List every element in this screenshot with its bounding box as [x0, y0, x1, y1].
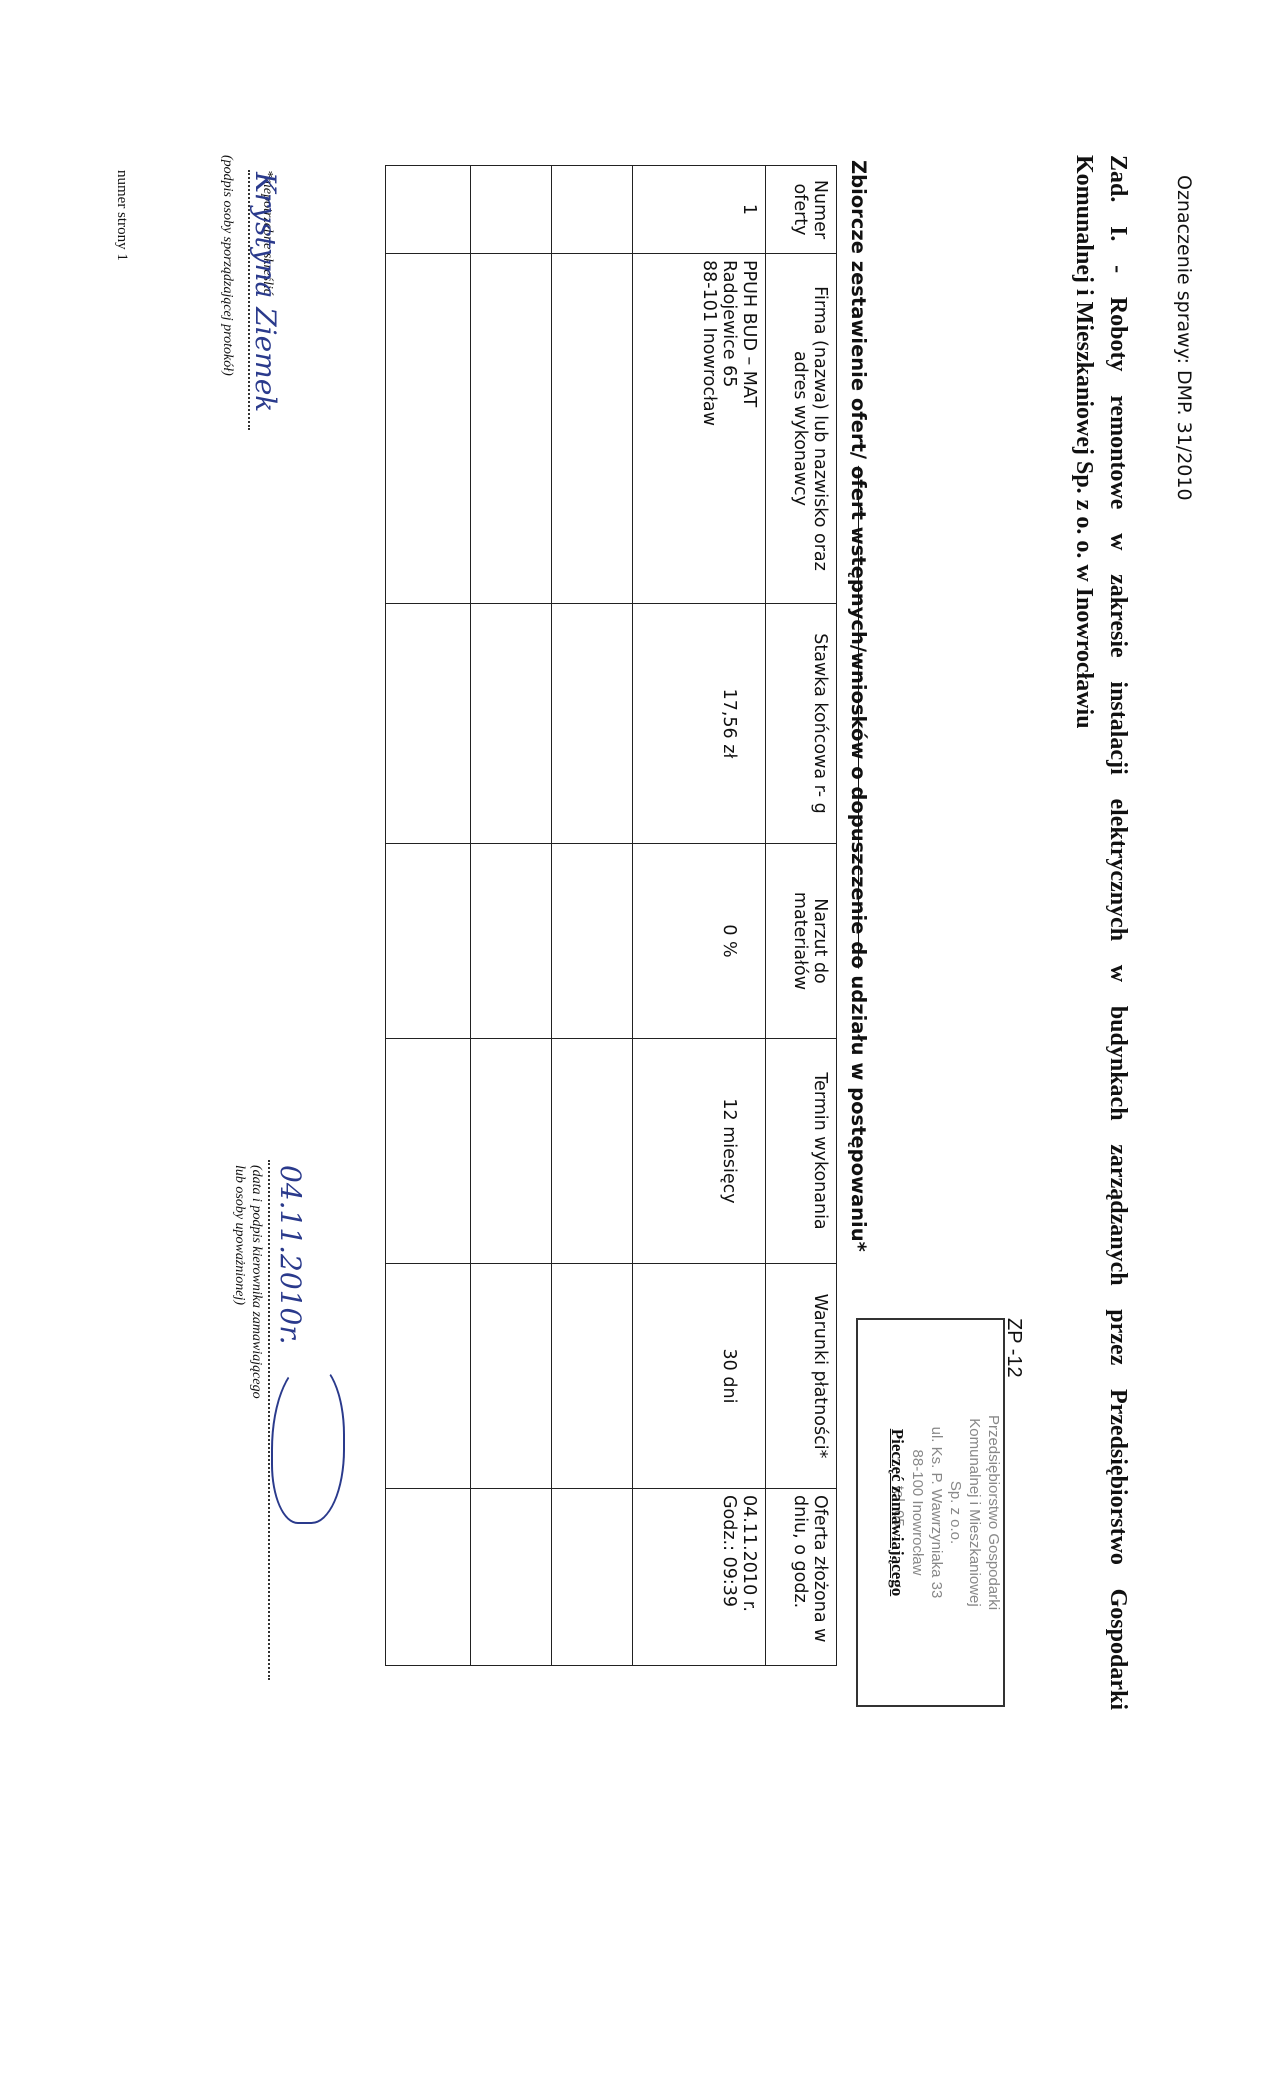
stamp-line: ul. Ks. P. Wawrzyniaka 33: [927, 1320, 946, 1705]
case-id: Oznaczenie sprawy: DMP. 31/2010: [1173, 175, 1195, 501]
empty-cell: [386, 166, 471, 254]
empty-cell: [552, 844, 633, 1039]
title-line-2: Komunalnej i Mieszkaniowej Sp. z o. o. w…: [1071, 155, 1097, 729]
document-title: Zad. I. - Roboty remontowe w zakresie in…: [1067, 155, 1135, 1710]
right-signature-caption: (data i podpis kierownika zamawiającego …: [231, 1165, 265, 1685]
markup-cell: 0 %: [633, 844, 766, 1039]
left-handwritten-signature: Krystyna Ziemek: [249, 172, 282, 412]
column-header: Numer oferty: [766, 166, 837, 254]
heading-struck-text: ofert wstępnych/wniosków o dopuszczenie …: [847, 466, 870, 969]
right-caption-line-2: lub osoby upoważnionej): [231, 1165, 248, 1685]
empty-cell: [552, 254, 633, 604]
left-signature-line: [248, 170, 250, 430]
empty-cell: [386, 254, 471, 604]
heading-suffix: udziału w postępowaniu*: [847, 969, 870, 1252]
firm-street: Radojewice 65: [719, 260, 739, 597]
term-cell: 12 miesięcy: [633, 1039, 766, 1264]
empty-cell: [386, 1489, 471, 1666]
empty-cell: [552, 604, 633, 844]
title-line-1: Zad. I. - Roboty remontowe w zakresie in…: [1101, 155, 1135, 1710]
right-signature-line: [268, 1160, 270, 1680]
document-page: Oznaczenie sprawy: DMP. 31/2010 Zad. I. …: [0, 0, 1275, 2100]
offer-number: 1: [633, 166, 766, 254]
manager-signature-scribble: [271, 1360, 345, 1524]
stamp-line: 88-100 Inowrocław: [908, 1320, 927, 1705]
table-heading: Zbiorcze zestawienie ofert/ ofert wstępn…: [847, 160, 870, 1252]
empty-cell: [552, 1489, 633, 1666]
right-handwritten-date: 04.11.2010r.: [274, 1165, 307, 1345]
offers-table: Numer oferty Firma (nazwa) lub nazwisko …: [385, 165, 837, 1666]
stamp-caption: Pieczęć zamawiającego: [888, 1320, 907, 1705]
empty-cell: [471, 1489, 552, 1666]
contracting-authority-stamp: Przedsiębiorstwo Gospodarki Komunalnej i…: [856, 1318, 1005, 1707]
empty-cell: [386, 1264, 471, 1489]
empty-cell: [471, 604, 552, 844]
empty-cell: [552, 1039, 633, 1264]
column-header: Oferta złożona w dniu, o godz.: [766, 1489, 837, 1666]
heading-prefix: Zbiorcze zestawienie ofert/: [847, 160, 870, 466]
table-header-row: Numer oferty Firma (nazwa) lub nazwisko …: [766, 166, 837, 1666]
empty-cell: [386, 844, 471, 1039]
table-row: [386, 166, 471, 1666]
column-header: Termin wykonania: [766, 1039, 837, 1264]
firm-name: PPUH BUD – MAT: [739, 260, 759, 597]
empty-cell: [471, 254, 552, 604]
column-header: Warunki płatności*: [766, 1264, 837, 1489]
stamp-line: Przedsiębiorstwo Gospodarki: [984, 1320, 1003, 1705]
page-number: numer strony 1: [113, 170, 130, 261]
empty-cell: [471, 844, 552, 1039]
empty-cell: [471, 1039, 552, 1264]
payment-cell: 30 dni: [633, 1264, 766, 1489]
firm-cell: PPUH BUD – MAT Radojewice 65 88-101 Inow…: [633, 254, 766, 604]
column-header: Firma (nazwa) lub nazwisko oraz adres wy…: [766, 254, 837, 604]
stamp-line: Sp. z o.o.: [946, 1320, 965, 1705]
rate-cell: 17,56 zł: [633, 604, 766, 844]
empty-cell: [471, 1264, 552, 1489]
firm-city: 88-101 Inowrocław: [699, 260, 719, 597]
form-code: ZP -12: [1002, 1318, 1025, 1378]
empty-cell: [471, 166, 552, 254]
submitted-cell: 04.11.2010 r. Godz.: 09:39: [633, 1489, 766, 1666]
stamp-line: Komunalnej i Mieszkaniowej: [965, 1320, 984, 1705]
table-row: [552, 166, 633, 1666]
table-row: 1 PPUH BUD – MAT Radojewice 65 88-101 In…: [633, 166, 766, 1666]
right-caption-line-1: (data i podpis kierownika zamawiającego: [248, 1165, 265, 1685]
empty-cell: [386, 604, 471, 844]
table-row: [471, 166, 552, 1666]
column-header: Stawka końcowa r- g: [766, 604, 837, 844]
column-header: Narzut do materiałów: [766, 844, 837, 1039]
submitted-date: 04.11.2010 r.: [739, 1495, 759, 1659]
submitted-time: Godz.: 09:39: [719, 1495, 739, 1659]
left-signature-caption: (podpis osoby sporządzającej protokół): [219, 155, 235, 376]
empty-cell: [552, 1264, 633, 1489]
empty-cell: [386, 1039, 471, 1264]
empty-cell: [552, 166, 633, 254]
